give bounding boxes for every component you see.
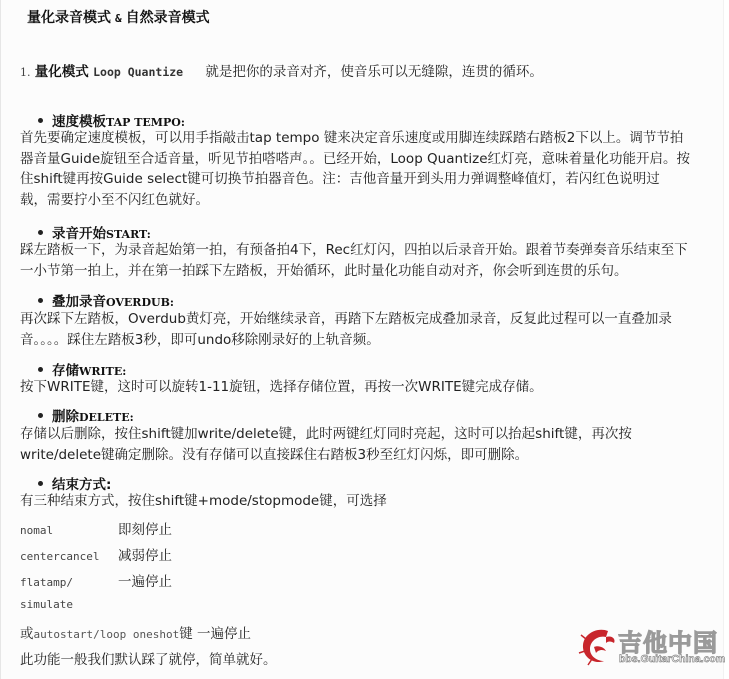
section-heading-tap-tempo: 速度模板TAP TEMPO: — [38, 110, 185, 130]
paragraph-line: 载，需要拧小至不闪红色就好。 — [20, 190, 710, 211]
heading-cn: 删除 — [52, 409, 79, 425]
intro-label-en: Loop Quantize — [93, 65, 183, 79]
section-heading-end-mode: 结束方式: — [38, 473, 111, 493]
autostart-suffix: 键 一遍停止 — [179, 626, 251, 642]
paragraph-line: 器音量Guide旋钮至合适音量，听见节拍嗒嗒声。。已经开始，Loop Quant… — [20, 149, 710, 170]
autostart-line: 或autostart/loop oneshot键 一遍停止 — [20, 622, 251, 642]
bullet-icon — [38, 367, 43, 372]
heading-en: OVERDUB: — [106, 296, 174, 309]
guitarchina-watermark: 吉他中国 bbs.GuitarChina.com — [578, 622, 728, 672]
dragon-logo-icon — [578, 625, 618, 667]
heading-cn: 叠加录音 — [52, 294, 106, 310]
paragraph-line: 存储以后删除，按住shift键加write/delete键，此时两键红灯同时亮起… — [20, 424, 710, 445]
bullet-icon — [38, 118, 43, 123]
stop-mode-key: flatamp/ — [20, 576, 118, 589]
autostart-prefix: 或 — [20, 626, 34, 642]
stop-mode-value: 减弱停止 — [118, 548, 172, 564]
section-heading-overdub: 叠加录音OVERDUB: — [38, 290, 174, 310]
autostart-key: autostart/loop oneshot — [34, 628, 180, 641]
stop-mode-key: centercancel — [20, 550, 118, 563]
stop-mode-value: 即刻停止 — [118, 522, 172, 538]
stop-mode-row: centercancel减弱停止 — [20, 544, 172, 564]
stop-mode-key: simulate — [20, 598, 118, 611]
paragraph-line: 按下WRITE键，这时可以旋转1-11旋钮，选择存储位置，再按一次WRITE键完… — [20, 377, 710, 398]
paragraph-line: 踩左踏板一下，为录音起始第一拍，有预备拍4下，Rec红灯闪，四拍以后录音开始。跟… — [20, 240, 710, 261]
section-body-end-mode: 有三种结束方式，按住shift键+mode/stopmode键，可选择 — [20, 491, 710, 512]
final-text: 此功能一般我们默认踩了就停，简单就好。 — [20, 652, 277, 668]
section-body-delete: 存储以后删除，按住shift键加write/delete键，此时两键红灯同时亮起… — [20, 424, 710, 465]
article-page: 量化录音模式&自然录音模式 1. 量化模式 Loop Quantize 就是把你… — [0, 0, 724, 679]
stop-mode-row: simulate — [20, 596, 118, 612]
paragraph-line: 音。。。。踩住左踏板3秒，即可undo移除刚录好的上轨音频。 — [20, 330, 710, 351]
bullet-icon — [38, 298, 43, 303]
bullet-icon — [38, 481, 43, 486]
bullet-icon — [38, 230, 43, 235]
section-body-write: 按下WRITE键，这时可以旋转1-11旋钮，选择存储位置，再按一次WRITE键完… — [20, 377, 710, 398]
section-heading-start: 录音开始START: — [38, 222, 151, 242]
section-body-tap-tempo: 首先要确定速度模板，可以用手指敲击tap tempo 键来决定音乐速度或用脚连续… — [20, 128, 710, 210]
paragraph-line: write/delete键确定删除。没有存储可以直接踩住右踏板3秒至红灯闪烁，即… — [20, 445, 710, 466]
section-heading-delete: 删除DELETE: — [38, 405, 134, 425]
paragraph-line: 住shift键再按Guide select键可切换节拍器音色。注：吉他音量开到头… — [20, 169, 710, 190]
section-heading-write: 存储WRITE: — [38, 359, 126, 379]
section-body-start: 踩左踏板一下，为录音起始第一拍，有预备拍4下，Rec红灯闪，四拍以后录音开始。跟… — [20, 240, 710, 281]
section-body-overdub: 再次踩下左踏板，Overdub黄灯亮，开始继续录音，再踏下左踏板完成叠加录音，反… — [20, 309, 710, 350]
stop-mode-row: flatamp/一遍停止 — [20, 570, 172, 590]
title-part-1: 量化录音模式 — [27, 10, 111, 26]
watermark-url: bbs.GuitarChina.com — [619, 653, 725, 665]
intro-line: 1. 量化模式 Loop Quantize 就是把你的录音对齐，使音乐可以无缝隙… — [20, 60, 543, 80]
stop-mode-value: 一遍停止 — [118, 574, 172, 590]
paragraph-line: 首先要确定速度模板，可以用手指敲击tap tempo 键来决定音乐速度或用脚连续… — [20, 128, 710, 149]
list-number: 1. — [20, 66, 31, 79]
stop-mode-key: nomal — [20, 524, 118, 537]
stop-mode-row: nomal即刻停止 — [20, 518, 172, 538]
title-ampersand: & — [115, 12, 122, 25]
intro-label-cn: 量化模式 — [35, 64, 89, 80]
final-line: 此功能一般我们默认踩了就停，简单就好。 — [20, 648, 277, 668]
heading-en: DELETE: — [79, 411, 134, 424]
title-part-2: 自然录音模式 — [126, 10, 210, 26]
paragraph-line: 再次踩下左踏板，Overdub黄灯亮，开始继续录音，再踏下左踏板完成叠加录音，反… — [20, 309, 710, 330]
bullet-icon — [38, 413, 43, 418]
page-title: 量化录音模式&自然录音模式 — [27, 7, 210, 27]
paragraph-line: 有三种结束方式，按住shift键+mode/stopmode键，可选择 — [20, 491, 710, 512]
intro-description: 就是把你的录音对齐，使音乐可以无缝隙，连贯的循环。 — [205, 64, 543, 80]
paragraph-line: 一小节第一拍上，并在第一拍踩下左踏板，开始循环，此时量化功能自动对齐，你会听到连… — [20, 261, 710, 282]
